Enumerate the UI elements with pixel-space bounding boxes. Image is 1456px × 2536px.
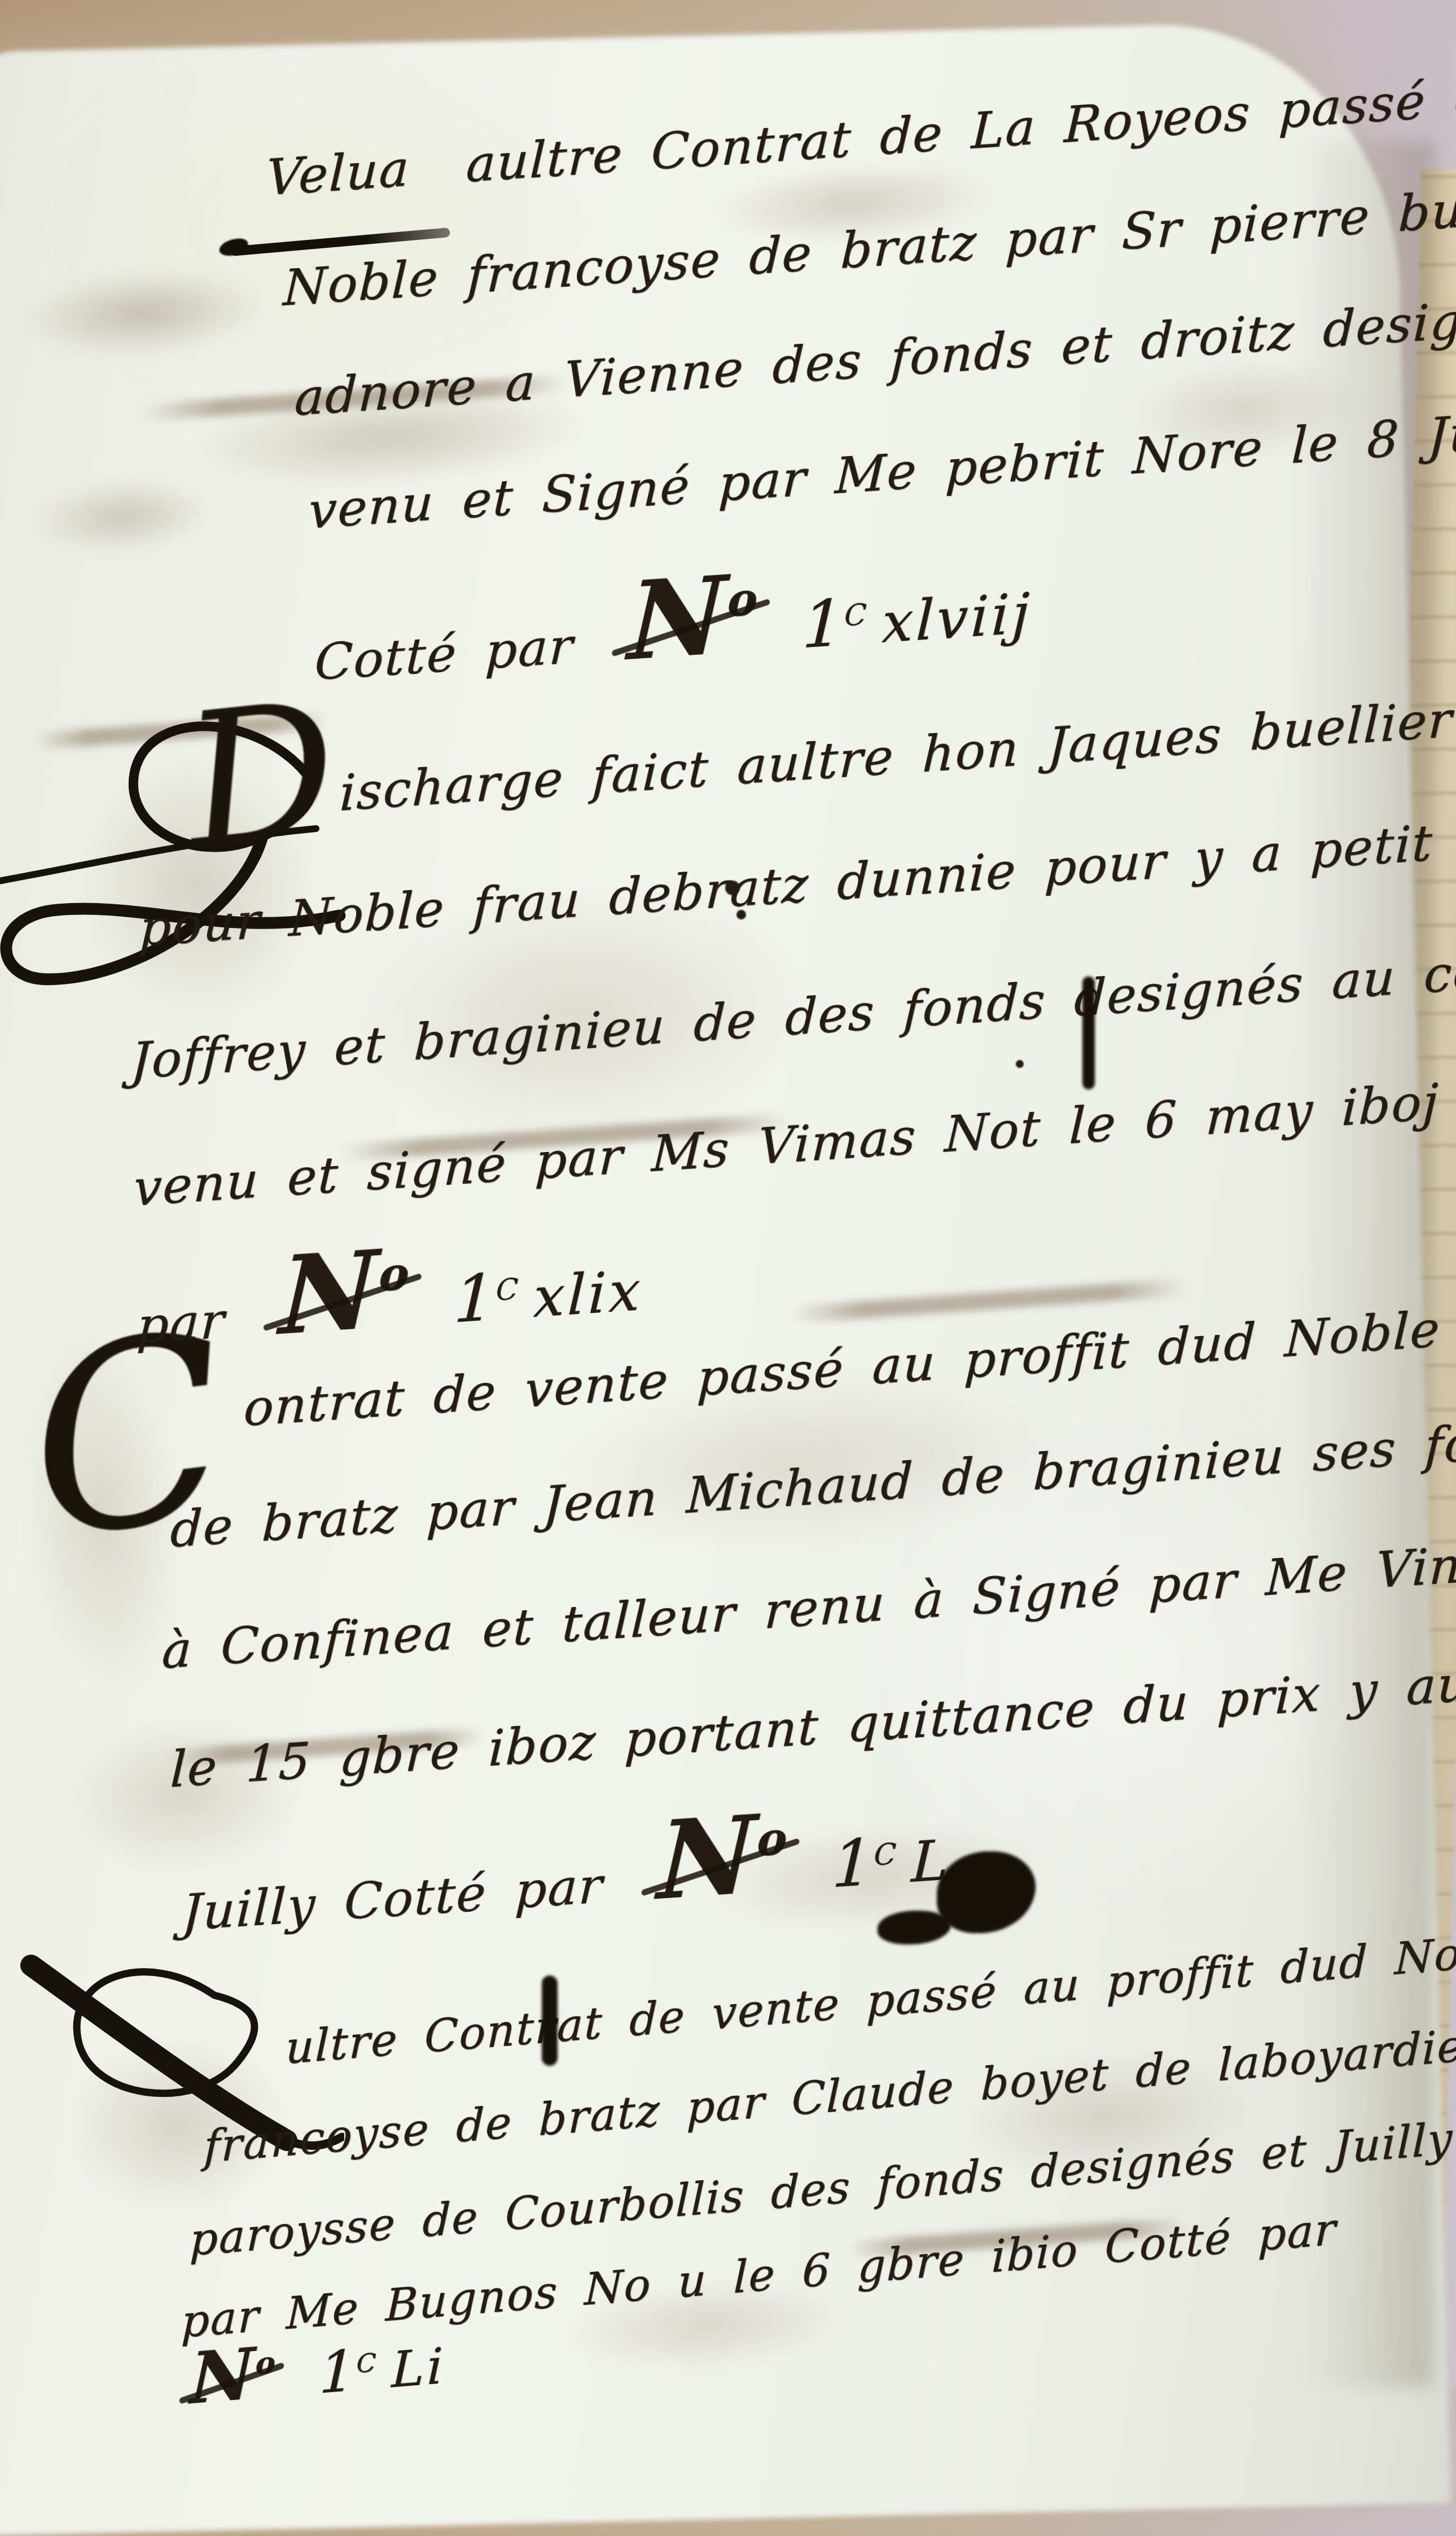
cote-label: par [135, 1291, 226, 1355]
struck-word: Velua [265, 139, 411, 207]
numero-mark: No [278, 1232, 411, 1353]
decorative-initial: D [178, 690, 343, 863]
cote-label: Cotté par [313, 616, 574, 692]
cote-number: 1Cxlix [453, 1254, 644, 1334]
ink-speck [736, 910, 746, 919]
ink-speck [725, 881, 740, 895]
manuscript-photo: Velua aultre Contrat de La Royeos passé … [0, 0, 1456, 2388]
cote-number: 1Cxlviij [801, 577, 1033, 660]
ink-smear [542, 1976, 558, 2066]
numero-mark: No [189, 2335, 277, 2388]
ink-speck [1016, 1060, 1024, 1068]
numero-mark: No [656, 1797, 790, 1918]
ink-smear [1082, 976, 1095, 1089]
cote-number: 1CL [831, 1824, 953, 1899]
cote-number: 1CLi [318, 2333, 446, 2388]
numero-mark: No [626, 557, 760, 678]
